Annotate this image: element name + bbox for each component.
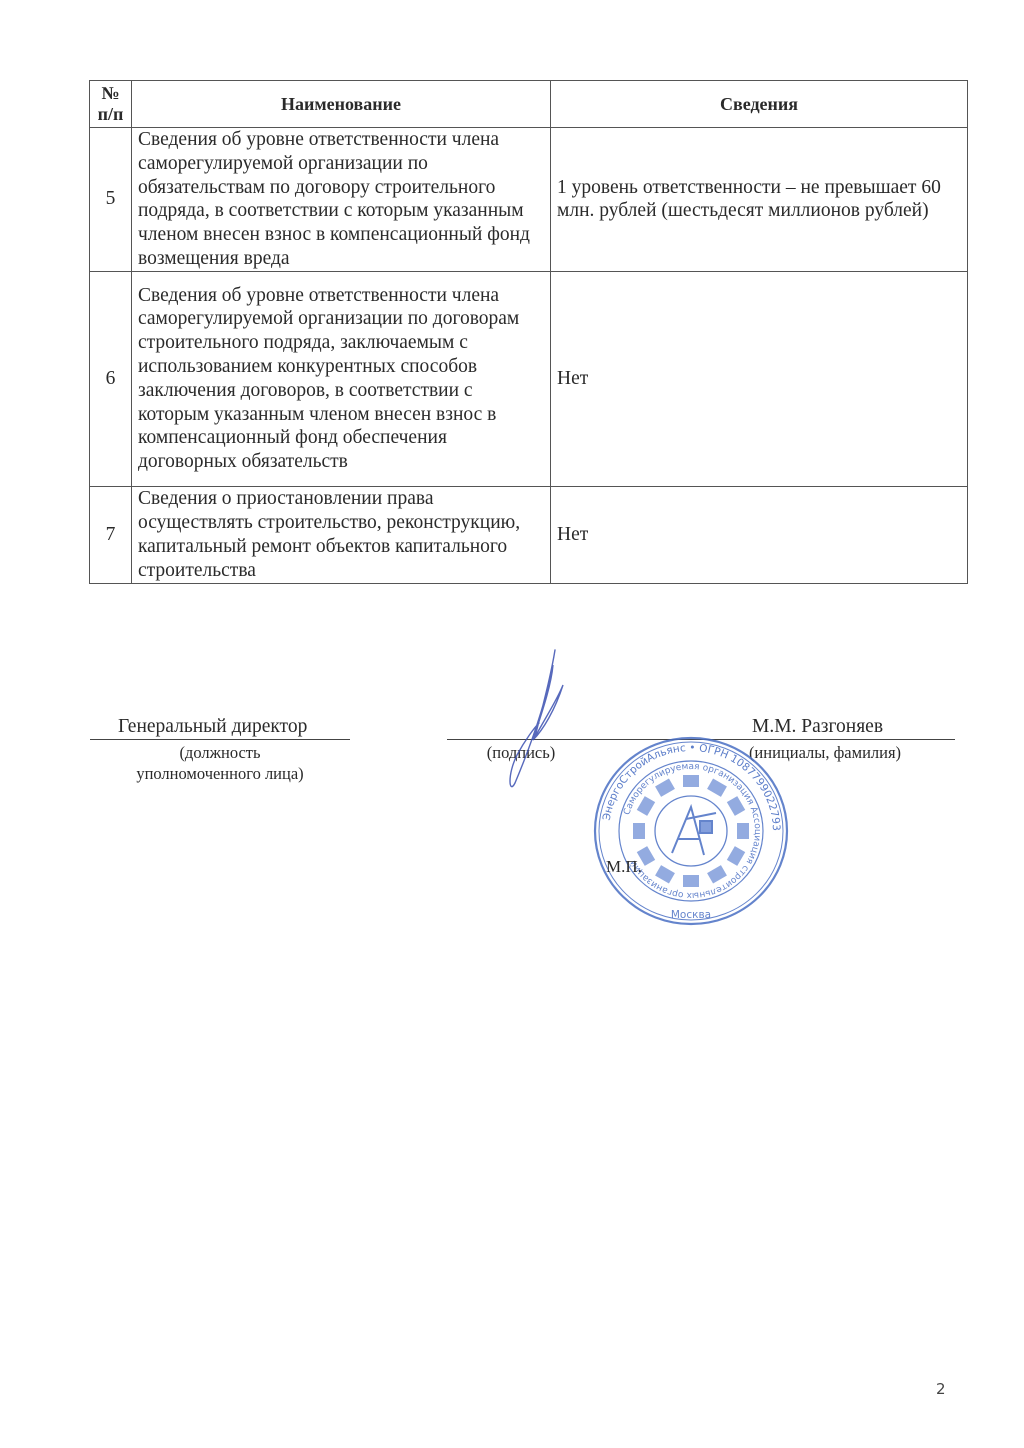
header-name: Наименование <box>132 81 551 128</box>
header-value: Сведения <box>551 81 968 128</box>
row-value: Нет <box>551 271 968 486</box>
header-value-label: Сведения <box>720 94 798 114</box>
row-number: 6 <box>90 271 132 486</box>
organization-stamp-icon: ЭнергоСтройАльянс • ОГРН 1087799022793 С… <box>592 735 790 927</box>
table-row: 7 Сведения о приостановлении права осуще… <box>90 486 968 583</box>
position-text: Генеральный директор <box>118 716 307 738</box>
handwritten-signature-icon <box>495 645 585 795</box>
table-header-row: № п/п Наименование Сведения <box>90 81 968 128</box>
table-row: 5 Сведения об уровне ответственности чле… <box>90 128 968 272</box>
row-name: Сведения об уровне ответственности члена… <box>132 128 551 272</box>
seal-label: М.П. <box>606 857 642 877</box>
row-number: 5 <box>90 128 132 272</box>
information-table: № п/п Наименование Сведения 5 Сведения о… <box>89 80 968 584</box>
table-row: 6 Сведения об уровне ответственности чле… <box>90 271 968 486</box>
row-value: 1 уровень ответственности – не превышает… <box>551 128 968 272</box>
position-line <box>90 739 350 740</box>
header-number: № п/п <box>90 81 132 128</box>
document-page: № п/п Наименование Сведения 5 Сведения о… <box>0 0 1024 1448</box>
row-value: Нет <box>551 486 968 583</box>
header-number-label: № п/п <box>98 83 124 124</box>
row-name: Сведения о приостановлении права осущест… <box>132 486 551 583</box>
header-name-label: Наименование <box>281 94 401 114</box>
position-caption: (должность уполномоченного лица) <box>90 742 350 784</box>
row-number: 7 <box>90 486 132 583</box>
stamp-city-text: Москва <box>671 909 711 921</box>
position-caption-line1: (должность <box>90 742 350 763</box>
row-name: Сведения об уровне ответственности члена… <box>132 271 551 486</box>
position-caption-line2: уполномоченного лица) <box>90 763 350 784</box>
page-number: 2 <box>936 1380 946 1398</box>
